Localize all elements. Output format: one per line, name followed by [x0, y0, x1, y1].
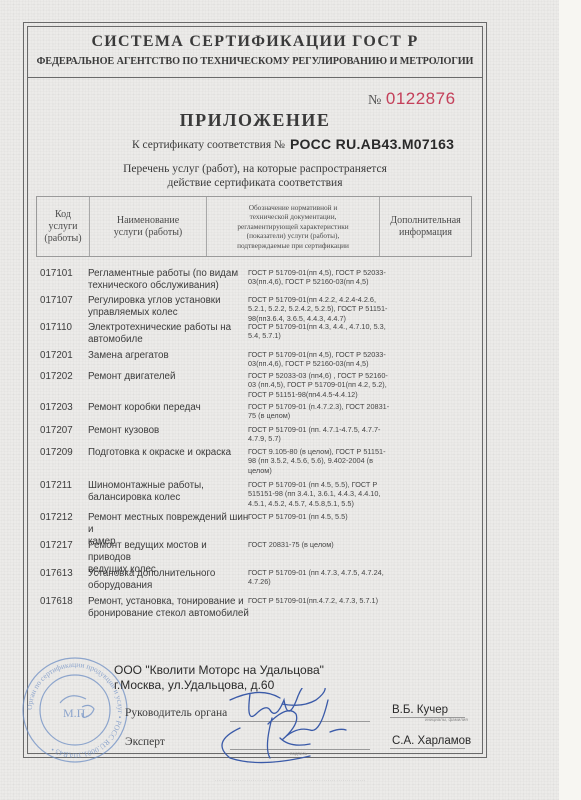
- service-name: Ремонт двигателей: [88, 371, 250, 383]
- service-code: 017618: [40, 596, 90, 608]
- page-edge: [559, 0, 581, 800]
- system-title: СИСТЕМА СЕРТИФИКАЦИИ ГОСТ Р: [27, 33, 483, 51]
- service-code: 017212: [40, 512, 90, 524]
- service-code: 017201: [40, 350, 90, 362]
- header-line: услуги (работы): [114, 227, 183, 239]
- organization-name: ООО "Кволити Моторс на Удальцова": [114, 663, 324, 678]
- header-code: Кодуслуги(работы): [37, 197, 90, 256]
- header-line: (показатели) услуги (работы),: [237, 231, 349, 241]
- service-documentation: ГОСТ Р 51709-01 (п.4.7.2.3), ГОСТ 20831-…: [248, 402, 418, 421]
- signature-icon: [210, 688, 380, 768]
- header-service-name: Наименованиеуслуги (работы): [90, 197, 207, 256]
- list-title: Перечень услуг (работ), на которые распр…: [27, 162, 483, 190]
- service-code: 017211: [40, 480, 90, 492]
- service-documentation: ГОСТ 20831-75 (в целом): [248, 540, 418, 549]
- service-documentation: ГОСТ Р 51709-01(пп 4.3, 4.4., 4.7.10, 5.…: [248, 322, 418, 341]
- head-name-caption: инициалы, фамилия: [425, 717, 468, 722]
- service-code: 017613: [40, 568, 90, 580]
- service-code: 017209: [40, 447, 90, 459]
- service-name: Замена агрегатов: [88, 350, 250, 362]
- certificate-number: РОСС RU.АВ43.М07163: [290, 136, 454, 152]
- service-code: 017217: [40, 540, 90, 552]
- header-documentation: Обозначение нормативной итехнической док…: [207, 197, 380, 256]
- header-line: Наименование: [114, 215, 183, 227]
- service-documentation: ГОСТ 9.105-80 (в целом), ГОСТ Р 51151-98…: [248, 447, 418, 475]
- header-additional-info: Дополнительнаяинформация: [380, 197, 471, 256]
- header-line: регламентирующей характеристики: [237, 222, 349, 232]
- service-code: 017202: [40, 371, 90, 383]
- certificate-label: К сертификату соответствия №: [132, 139, 285, 151]
- number-sign: №: [368, 93, 382, 108]
- header-line: подтверждаемые при сертификации: [237, 241, 349, 251]
- header-line: Дополнительная: [390, 215, 460, 227]
- service-name: Ремонт коробки передач: [88, 402, 250, 414]
- annex-title: ПРИЛОЖЕНИЕ: [27, 110, 483, 131]
- blank-number: №0122876: [368, 89, 456, 109]
- service-documentation: ГОСТ Р 51709-01 (пп 4.5, 5.5), ГОСТ Р515…: [248, 480, 418, 508]
- agency-name: ФЕДЕРАЛЬНОЕ АГЕНТСТВО ПО ТЕХНИЧЕСКОМУ РЕ…: [27, 56, 483, 67]
- list-title-line2: действие сертификата соответствия: [27, 176, 483, 190]
- service-documentation: ГОСТ Р 51709-01 (пп. 4.7.1-4.7.5, 4.7.7-…: [248, 425, 418, 444]
- header-line: информация: [390, 227, 460, 239]
- service-code: 017203: [40, 402, 90, 414]
- service-name: Установка дополнительногооборудования: [88, 568, 250, 592]
- service-documentation: ГОСТ Р 51709-01 (пп 4.5, 5.5): [248, 512, 418, 521]
- service-name: Ремонт кузовов: [88, 425, 250, 437]
- header-line: услуги: [44, 221, 81, 233]
- service-documentation: ГОСТ Р 52033-03 (пп4,6) , ГОСТ Р 52160-0…: [248, 371, 418, 399]
- service-name: Регулировка углов установкиуправляемых к…: [88, 295, 250, 319]
- service-documentation: ГОСТ Р 51709-01(пп 4,5), ГОСТ Р 52033-03…: [248, 268, 418, 287]
- service-name: Подготовка к окраске и окраска: [88, 447, 250, 459]
- service-documentation: ГОСТ Р 51709-01(пп 4,5), ГОСТ Р 52033-03…: [248, 350, 418, 369]
- header-line: Обозначение нормативной и: [237, 203, 349, 213]
- service-code: 017107: [40, 295, 90, 307]
- expert-label: Эксперт: [125, 736, 165, 748]
- service-code: 017207: [40, 425, 90, 437]
- service-documentation: ГОСТ Р 51709-01(пп 4.2.2, 4.2.4-4.2.6,5.…: [248, 295, 418, 323]
- list-title-line1: Перечень услуг (работ), на которые распр…: [27, 162, 483, 176]
- blank-number-value: 0122876: [386, 89, 456, 108]
- head-name: В.Б. Кучер: [392, 704, 448, 716]
- header-line: (работы): [44, 233, 81, 245]
- printer-fineprint: · · · · · · · · · · · · · · · · · · · · …: [160, 779, 420, 783]
- service-documentation: ГОСТ Р 51709-01(пп.4.7.2, 4.7.3, 5.7.1): [248, 596, 418, 605]
- table-header: Кодуслуги(работы) Наименованиеуслуги (ра…: [36, 196, 472, 257]
- service-name: Электротехнические работы наавтомобиле: [88, 322, 250, 346]
- service-name: Ремонт, установка, тонирование иброниров…: [88, 596, 250, 620]
- header-divider: [27, 77, 483, 78]
- expert-name-line: [390, 748, 465, 749]
- service-documentation: ГОСТ Р 51709-01 (пп 4.7.3, 4.7.5, 4.7.24…: [248, 568, 418, 587]
- service-name: Шиномонтажные работы,балансировка колес: [88, 480, 250, 504]
- header-line: Код: [44, 209, 81, 221]
- expert-name: С.А. Харламов: [392, 735, 471, 747]
- header-line: технической документации,: [237, 212, 349, 222]
- service-code: 017110: [40, 322, 90, 334]
- service-code: 017101: [40, 268, 90, 280]
- service-name: Регламентные работы (по видамтехническог…: [88, 268, 250, 292]
